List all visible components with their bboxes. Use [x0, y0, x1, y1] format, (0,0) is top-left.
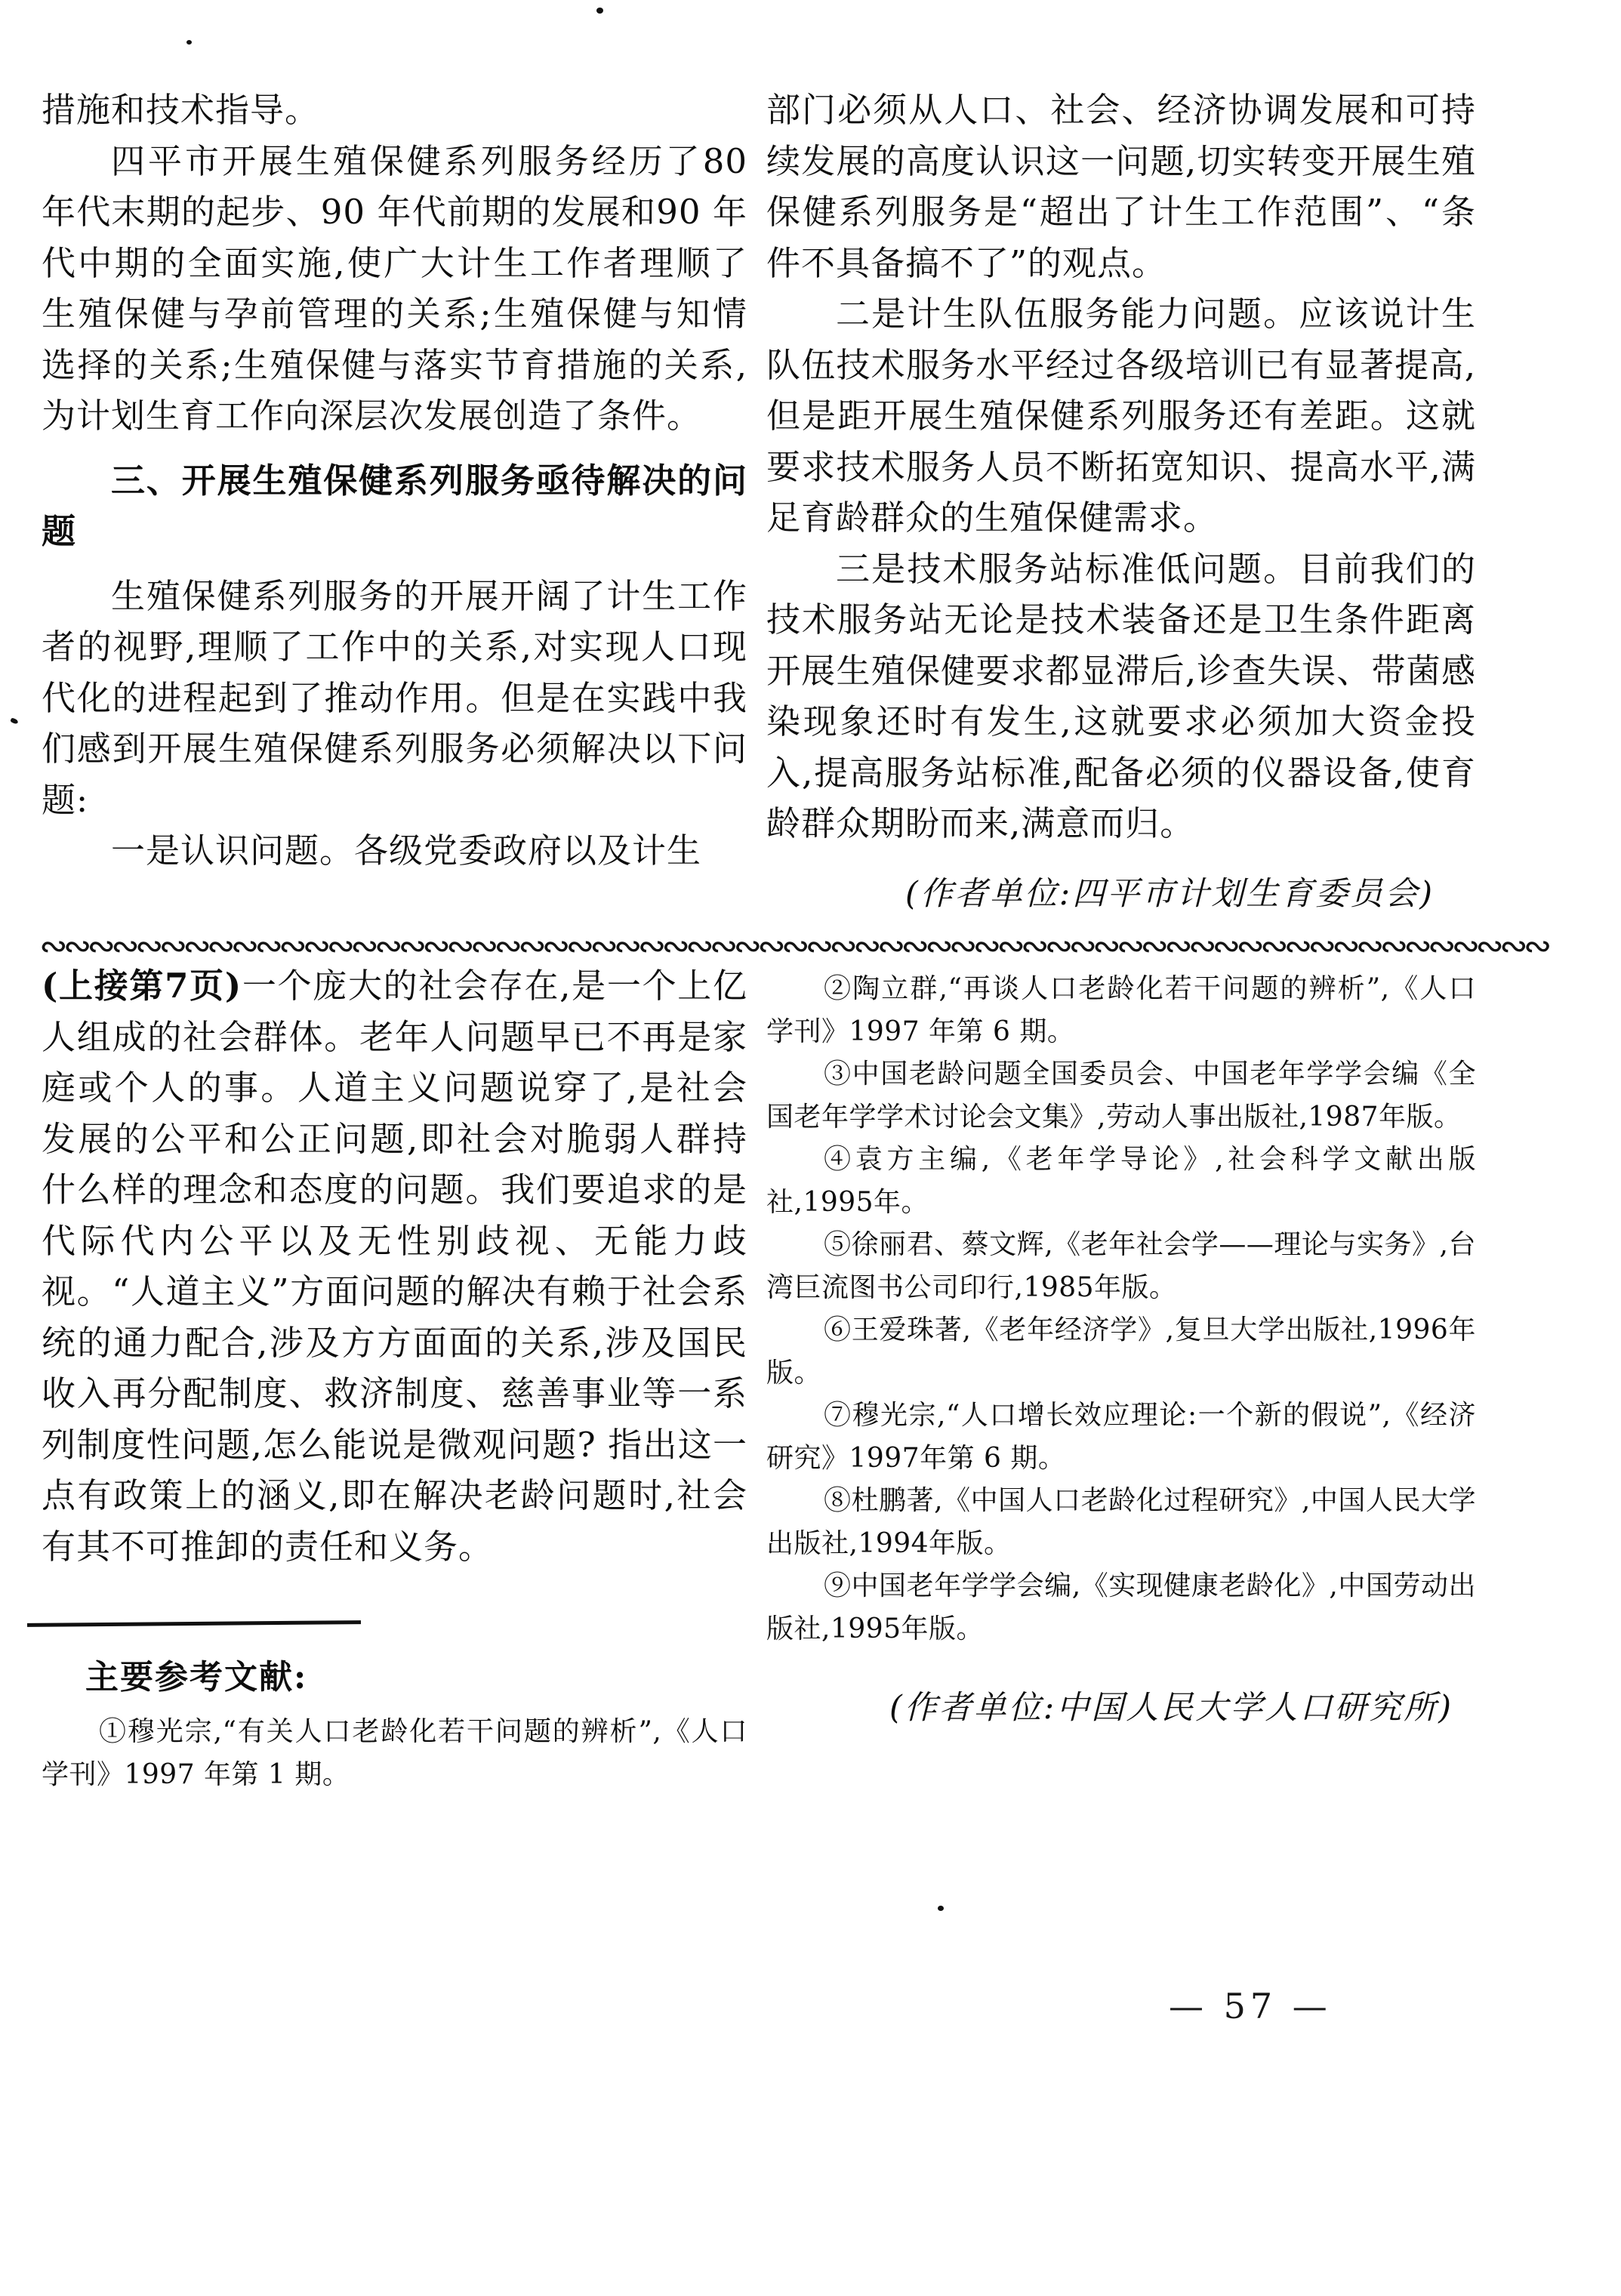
- reference-item: ⑦穆光宗,“人口增长效应理论:一个新的假说”,《经济研究》1997年第 6 期。: [766, 1395, 1476, 1480]
- paragraph: 一是认识问题。各级党委政府以及计生: [42, 825, 747, 877]
- bottom-article-left-column: (上接第7页)一个庞大的社会存在,是一个上亿人组成的社会群体。老年人问题早已不再…: [42, 960, 747, 1572]
- ornament-divider: ∾∾∾∾∾∾∾∾∾∾∾∾∾∾∾∾∾∾∾∾∾∾∾∾∾∾∾∾∾∾∾∾∾∾∾∾∾∾∾∾…: [39, 927, 1549, 965]
- paragraph-continuation: 部门必须从人口、社会、经济协调发展和可持续发展的高度认识这一问题,切实转变开展生…: [766, 85, 1476, 288]
- references-right-block: ②陶立群,“再谈人口老龄化若干问题的辨析”,《人口学刊》1997 年第 6 期。…: [766, 968, 1476, 1730]
- reference-list-left: ①穆光宗,“有关人口老龄化若干问题的辨析”,《人口学刊》1997 年第 1 期。: [42, 1711, 747, 1796]
- references-heading: 主要参考文献:: [42, 1655, 747, 1700]
- paragraph-continued-from-page7: (上接第7页)一个庞大的社会存在,是一个上亿人组成的社会群体。老年人问题早已不再…: [42, 960, 747, 1572]
- paragraph: 三是技术服务站标准低问题。目前我们的技术服务站无论是技术装备还是卫生条件距离开展…: [766, 544, 1476, 849]
- scan-speck: [186, 40, 192, 45]
- paragraph-body: 一个庞大的社会存在,是一个上亿人组成的社会群体。老年人问题早已不再是家庭或个人的…: [42, 966, 747, 1567]
- reference-item: ①穆光宗,“有关人口老龄化若干问题的辨析”,《人口学刊》1997 年第 1 期。: [42, 1711, 747, 1796]
- reference-item: ③中国老龄问题全国委员会、中国老年学学会编《全国老年学学术讨论会文集》,劳动人事…: [766, 1053, 1476, 1139]
- references-left-block: 主要参考文献: ①穆光宗,“有关人口老龄化若干问题的辨析”,《人口学刊》1997…: [42, 1655, 747, 1796]
- top-article-left-column: 措施和技术指导。 四平市开展生殖保健系列服务经历了80 年代末期的起步、90 年…: [42, 85, 747, 877]
- footnote-rule: [27, 1620, 361, 1627]
- paragraph-continuation: 措施和技术指导。: [42, 85, 747, 136]
- reference-item: ④袁方主编,《老年学导论》,社会科学文献出版社,1995年。: [766, 1139, 1476, 1224]
- top-article-right-column: 部门必须从人口、社会、经济协调发展和可持续发展的高度认识这一问题,切实转变开展生…: [766, 85, 1476, 920]
- paragraph: 生殖保健系列服务的开展开阔了计生工作者的视野,理顺了工作中的关系,对实现人口现代…: [42, 571, 747, 826]
- scan-speck: [596, 8, 603, 14]
- reference-item: ⑧杜鹏著,《中国人口老龄化过程研究》,中国人民大学出版社,1994年版。: [766, 1480, 1476, 1565]
- reference-item: ⑨中国老年学学会编,《实现健康老龄化》,中国劳动出版社,1995年版。: [766, 1565, 1476, 1650]
- continued-from-label: (上接第7页): [42, 966, 242, 1006]
- reference-item: ⑤徐丽君、蔡文辉,《老年社会学——理论与实务》,台湾巨流图书公司印行,1985年…: [766, 1224, 1476, 1309]
- section-heading: 三、开展生殖保健系列服务亟待解决的问题: [42, 455, 747, 557]
- scanned-journal-page: 措施和技术指导。 四平市开展生殖保健系列服务经历了80 年代末期的起步、90 年…: [0, 0, 1621, 2296]
- author-affiliation-bottom: (作者单位:中国人民大学人口研究所): [766, 1687, 1476, 1730]
- reference-item: ②陶立群,“再谈人口老龄化若干问题的辨析”,《人口学刊》1997 年第 6 期。: [766, 968, 1476, 1053]
- paragraph: 四平市开展生殖保健系列服务经历了80 年代末期的起步、90 年代前期的发展和90…: [42, 136, 747, 442]
- page-number: — 57 —: [1169, 1986, 1332, 2026]
- scan-speck: [938, 1906, 944, 1911]
- author-affiliation-top: (作者单位:四平市计划生育委员会): [766, 869, 1476, 920]
- scan-speck: [10, 717, 19, 725]
- paragraph: 二是计生队伍服务能力问题。应该说计生队伍技术服务水平经过各级培训已有显著提高,但…: [766, 288, 1476, 544]
- reference-item: ⑥王爱珠著,《老年经济学》,复旦大学出版社,1996年版。: [766, 1309, 1476, 1395]
